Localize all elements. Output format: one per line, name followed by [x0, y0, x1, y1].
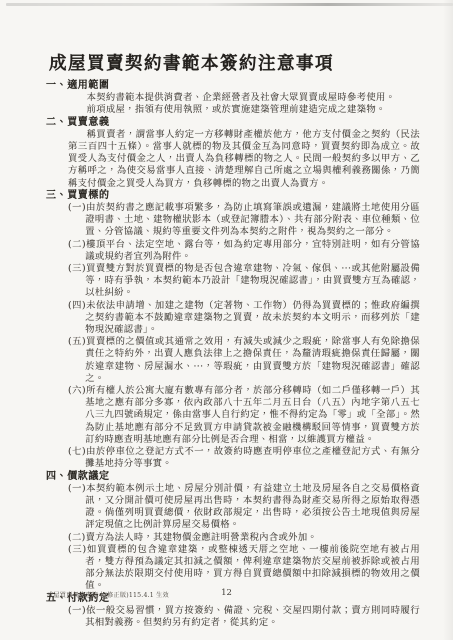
- section-price-negotiation: 四、價款議定 (一)本契約範本例示土地、房屋分別計價，有益建立土地及房屋各自之交…: [0, 471, 420, 593]
- list-item: (四)未依法申請增、加建之建物（定著物、工作物）仍得為買賣標的；惟政府編撰之契約…: [68, 300, 420, 337]
- section-applicable-scope: 一、適用範圍 本契約書範本提供消費者、企業經營者及社會大眾買賣成屋時參考使用。 …: [0, 80, 420, 117]
- scan-artifact-top: [6, 3, 453, 6]
- document-body: 一、適用範圍 本契約書範本提供消費者、企業經營者及社會大眾買賣成屋時參考使用。 …: [0, 80, 420, 629]
- list-item: (二)賣方為法人時，其建物價金應註明營業稅內含或外加。: [68, 532, 420, 544]
- page-number: 12: [0, 588, 453, 598]
- section-heading: 三、買賣標的: [46, 190, 420, 202]
- list-item: (五)買賣標的之價值或其通常之效用，有減失或減少之瑕疵，除當事人有免除擔保責任之…: [68, 336, 420, 385]
- list-item: (三)如買賣標的包含違章建築，或整棟透天厝之空地、一樓前後院空地有被占用者，雙方…: [68, 544, 420, 593]
- section-heading: 二、買賣意義: [46, 117, 420, 129]
- paragraph: 稱買賣者，謂當事人約定一方移轉財產權於他方，他方支付價金之契約（民法第三百四十五…: [68, 129, 420, 190]
- section-heading: 一、適用範圍: [46, 80, 420, 92]
- list-item: (三)買賣雙方對於買賣標的物是否包含違章建物、冷氣、傢俱、···或其他附屬設備等…: [68, 263, 420, 300]
- scan-artifact-right-edge: [443, 0, 453, 640]
- list-item: (六)所有權人於公寓大廈有數專有部分者，於部分移轉時（如二戶僅移轉一戶）其基地之…: [68, 385, 420, 446]
- document-page: 成屋買賣契約書範本簽約注意事項 一、適用範圍 本契約書範本提供消費者、企業經營者…: [0, 0, 453, 640]
- section-heading: 四、價款議定: [46, 471, 420, 483]
- list-item: (一)由於契約書之應記載事項繁多，為防止填寫筆誤或遺漏，建議將土地使用分區證明書…: [68, 202, 420, 239]
- list-item: (一)本契約範本例示土地、房屋分別計價，有益建立土地及房屋各自之交易價格資訊，又…: [68, 483, 420, 532]
- list-item: (二)樓頂平台、法定空地、露台等，如為約定專用部分，宜特別註明，如有分管協議或規…: [68, 239, 420, 263]
- section-meaning-of-sale: 二、買賣意義 稱買賣者，謂當事人約定一方移轉財產權於他方，他方支付價金之契約（民…: [0, 117, 420, 190]
- list-item: (一)依一般交易習慣，買方按簽約、備證、完稅、交屋四期付款；賣方則同時履行其相對…: [68, 605, 420, 629]
- page-title: 成屋買賣契約書範本簽約注意事項: [49, 50, 453, 75]
- section-subject-of-sale: 三、買賣標的 (一)由於契約書之應記載事項繁多，為防止填寫筆誤或遺漏，建議將土地…: [0, 190, 420, 471]
- list-item: (七)由於停車位之登記方式不一，故簽約時應查明停車位之產權登記方式、有無分攤基地…: [68, 446, 420, 470]
- paragraph: 本契約書範本提供消費者、企業經營者及社會大眾買賣成屋時參考使用。: [68, 92, 420, 104]
- paragraph: 前項成屋，指領有使用執照，或於實施建築管理前建造完成之建築物。: [68, 104, 420, 116]
- page-footer: 成屋買賣契約書範本(修正版)115.4.1 生效 12: [0, 588, 453, 602]
